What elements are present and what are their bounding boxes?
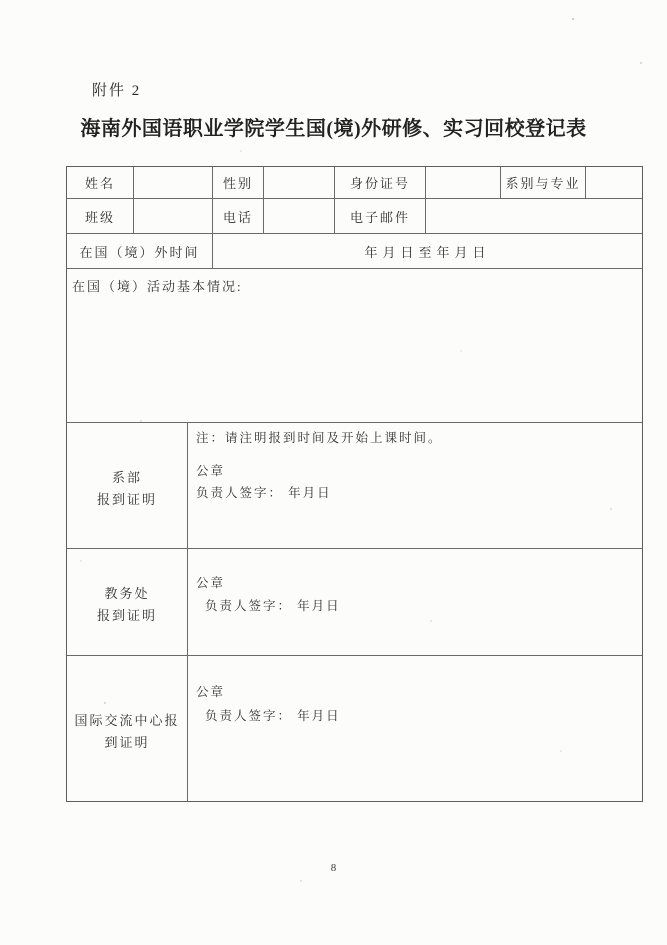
email-label-cell: 电子邮件	[335, 199, 426, 234]
scanned-document-page: 附件 2 海南外国语职业学院学生国(境)外研修、实习回校登记表 姓名 性别 身份…	[0, 0, 667, 945]
phone-value-cell	[264, 199, 335, 234]
department-major-label-cell: 系别与专业	[501, 167, 586, 199]
report-time-note: 注：请注明报到时间及开始上课时间。	[196, 428, 443, 446]
section-label-line1: 国际交流中心报	[74, 710, 179, 732]
department-major-value-cell	[586, 167, 642, 199]
gender-label-cell: 性别	[213, 167, 264, 199]
signature-line: 负责人签字： 年月日	[205, 596, 341, 614]
page-title: 海南外国语职业学院学生国(境)外研修、实习回校登记表	[0, 112, 667, 141]
id-number-value-cell	[426, 167, 501, 199]
registration-table: 姓名 性别 身份证号 系别与专业 班级 电话 电子邮件 在国（境）外时间 年月日…	[66, 166, 643, 802]
official-seal-label: 公章	[196, 682, 225, 700]
section-label-line2: 报到证明	[97, 605, 157, 627]
department-certificate-content-cell: 注：请注明报到时间及开始上课时间。 公章 负责人签字： 年月日	[188, 423, 642, 549]
id-number-label-cell: 身份证号	[335, 167, 426, 199]
gender-value-cell	[264, 167, 335, 199]
signature-line: 负责人签字： 年月日	[196, 483, 332, 501]
academic-office-certificate-content-cell: 公章 负责人签字： 年月日	[188, 549, 642, 656]
department-certificate-label-cell: 系部 报到证明	[67, 423, 188, 549]
official-seal-label: 公章	[196, 573, 225, 591]
abroad-period-value-cell: 年月日至年月日	[213, 234, 642, 269]
section-label-line1: 教务处	[104, 583, 149, 605]
attachment-label: 附件 2	[92, 79, 141, 100]
name-label-cell: 姓名	[67, 167, 134, 199]
section-label-line2: 报到证明	[97, 489, 157, 511]
phone-label-cell: 电话	[213, 199, 264, 234]
official-seal-label: 公章	[196, 461, 225, 479]
email-value-cell	[426, 199, 642, 234]
section-label-line1: 系部	[112, 467, 142, 489]
name-value-cell	[134, 167, 213, 199]
international-center-certificate-content-cell: 公章 负责人签字： 年月日	[188, 656, 642, 801]
page-number: 8	[0, 862, 667, 874]
signature-line: 负责人签字： 年月日	[205, 706, 341, 724]
academic-office-certificate-label-cell: 教务处 报到证明	[67, 549, 188, 656]
class-value-cell	[134, 199, 213, 234]
abroad-period-label-cell: 在国（境）外时间	[67, 234, 213, 269]
class-label-cell: 班级	[67, 199, 134, 234]
activity-description-cell: 在国（境）活动基本情况:	[67, 269, 642, 423]
section-label-line2: 到证明	[104, 732, 149, 754]
international-center-certificate-label-cell: 国际交流中心报 到证明	[67, 656, 188, 801]
scan-noise	[0, 0, 2, 2]
